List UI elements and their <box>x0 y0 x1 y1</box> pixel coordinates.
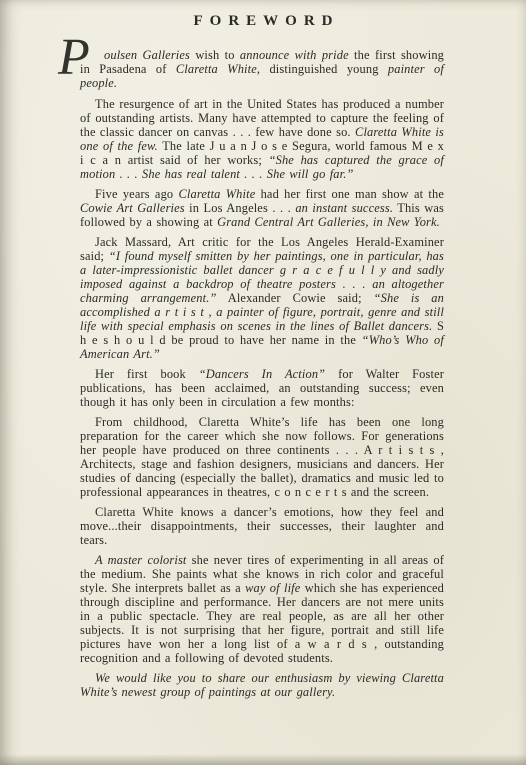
text-run: wish to <box>190 48 240 62</box>
paragraph: The resurgence of art in the United Stat… <box>80 97 444 181</box>
text-run: oulsen Galleries <box>104 48 190 62</box>
text-run: Claretta White <box>176 62 257 76</box>
text-run: Cowie Art Galleries <box>80 201 185 215</box>
drop-cap: P <box>58 32 90 84</box>
paragraph: Five years ago Claretta White had her fi… <box>80 187 444 229</box>
scanned-page: FOREWORD Poulsen Galleries wish to annou… <box>0 0 526 765</box>
paragraph: Jack Massard, Art critic for the Los Ang… <box>80 235 444 361</box>
text-run: Five years ago <box>95 187 178 201</box>
text-run: had her first one man show at the <box>255 187 444 201</box>
paragraph: Her first book “Dancers In Action” for W… <box>80 367 444 409</box>
text-run: in Los Angeles . . . <box>185 201 296 215</box>
paragraph: Claretta White knows a dancer’s emotions… <box>80 505 444 547</box>
text-run: Claretta White <box>178 187 255 201</box>
text-run: Claretta White knows a dancer’s emotions… <box>80 505 444 547</box>
text-run: From childhood, Claretta White’s life ha… <box>80 415 444 499</box>
paragraph: Poulsen Galleries wish to announce with … <box>80 48 444 90</box>
text-run: Alexander Cowie said; <box>217 291 374 305</box>
text-run: We would like you to share our enthusias… <box>80 671 444 699</box>
text-run: “Dancers In Action” <box>199 367 326 381</box>
foreword-text: Poulsen Galleries wish to announce with … <box>0 30 526 699</box>
text-run: Grand Central Art Galleries, in New York… <box>217 215 440 229</box>
text-run: way of life <box>245 581 300 595</box>
text-run: , distinguished young <box>257 62 388 76</box>
page-title: FOREWORD <box>0 0 526 30</box>
paragraph: We would like you to share our enthusias… <box>80 671 444 699</box>
paragraph: A master colorist she never tires of exp… <box>80 553 444 665</box>
text-run: Her first book <box>95 367 199 381</box>
text-run: A master colorist <box>95 553 187 567</box>
text-run: announce with pride <box>240 48 349 62</box>
paragraph: From childhood, Claretta White’s life ha… <box>80 415 444 499</box>
text-run: an instant success. <box>295 201 393 215</box>
